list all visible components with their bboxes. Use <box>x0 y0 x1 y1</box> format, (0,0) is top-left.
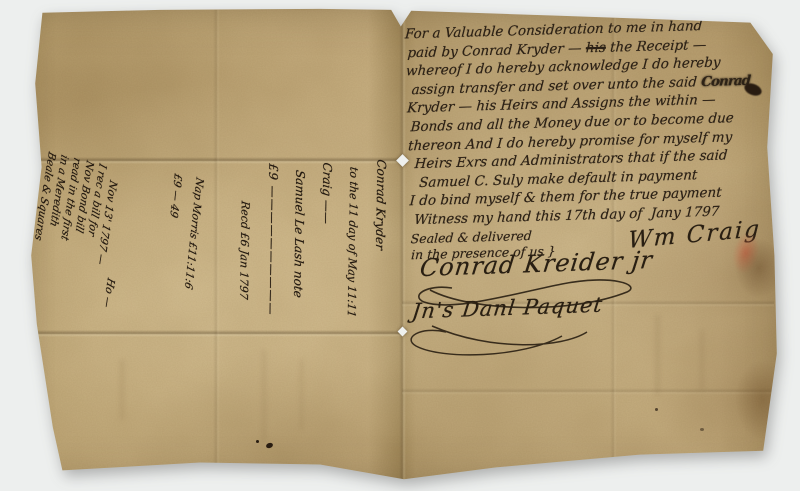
docket-line: Samuel Le Lash note <box>284 156 314 329</box>
bleedthrough-mark <box>262 350 266 440</box>
flourish-under-paquet <box>402 318 602 360</box>
aged-paper-sheet: Ho — Nov 13' 1797 — I rec a bill for Nov… <box>0 0 800 491</box>
ink-spot <box>265 442 273 449</box>
bleedthrough-mark <box>700 330 704 390</box>
bleedthrough-mark <box>300 360 303 430</box>
struck-word: his <box>585 39 606 56</box>
signature-danl-paquet: Jn's Danl Paquet <box>411 293 605 324</box>
docket-amounts-block: Nap Morris £11:11:6 £9 — 49 <box>144 170 211 299</box>
ink-spot <box>655 408 658 411</box>
docket-line: to the 11 day of May 11:11 <box>338 157 368 330</box>
paper-shadow-wrapper: Ho — Nov 13' 1797 — I rec a bill for Nov… <box>0 0 800 491</box>
docket-line: Conrad Kryder <box>365 158 395 331</box>
docket-line: Recd £6 Jan 1797 <box>230 155 260 328</box>
docket-main-block: Conrad Kryder to the 11 day of May 11:11… <box>202 156 395 329</box>
bleedthrough-mark <box>120 360 124 420</box>
ink-spot <box>256 440 259 443</box>
ink-spot <box>700 428 704 431</box>
docket-line: Craig —— <box>311 157 341 330</box>
docket-note-block: Ho — Nov 13' 1797 — I rec a bill for Nov… <box>15 150 134 353</box>
photograph-of-manuscript: Ho — Nov 13' 1797 — I rec a bill for Nov… <box>0 0 800 491</box>
bleedthrough-mark <box>655 315 660 395</box>
brown-stain <box>735 360 790 440</box>
right-lower-fold-crease <box>402 388 772 395</box>
line-fragment: the Receipt — <box>605 37 706 56</box>
docket-line: £9 —————————— <box>257 156 287 329</box>
